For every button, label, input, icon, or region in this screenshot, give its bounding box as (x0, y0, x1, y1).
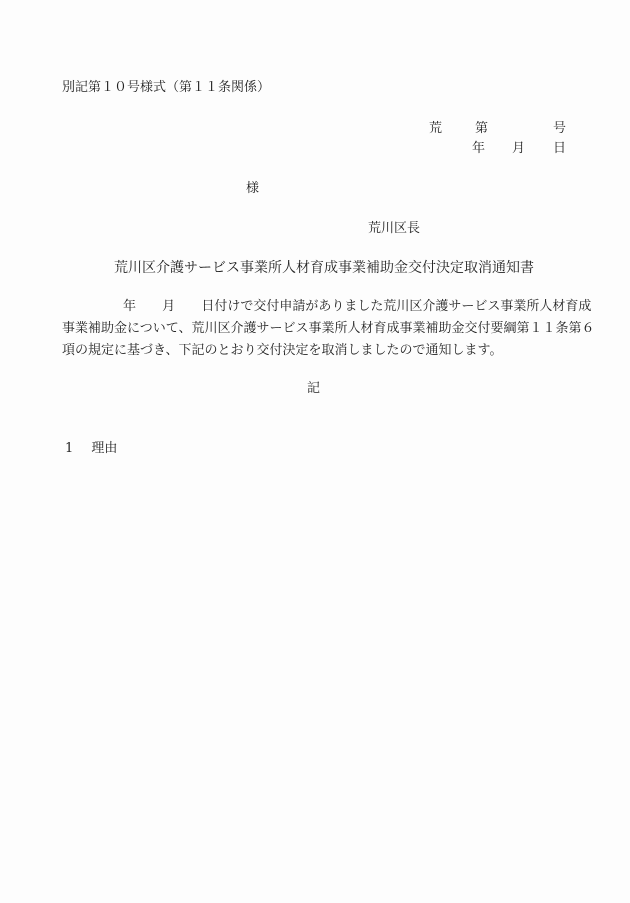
item-label: 理由 (91, 441, 117, 456)
date-day: 日 (553, 141, 566, 157)
ki-heading: 記 (307, 381, 320, 397)
document-title: 荒川区介護サービス事業所人材育成事業補助金交付決定取消通知書 (114, 260, 534, 276)
reference-dai: 第 (475, 121, 488, 137)
body-date-year: 年 (123, 296, 136, 318)
addressee-suffix: 様 (246, 181, 259, 197)
body-line-1: 年 月 日付けで交付申請がありました荒川区介護サービス事業所人材育成 (62, 296, 574, 318)
body-paragraph: 年 月 日付けで交付申請がありました荒川区介護サービス事業所人材育成 事業補助金… (62, 296, 574, 362)
date-year: 年 (472, 141, 485, 157)
issuer: 荒川区長 (368, 221, 420, 237)
item-number: 1 (65, 441, 73, 456)
body-line-3: 項の規定に基づき、下記のとおり交付決定を取消しましたので通知します。 (62, 340, 574, 362)
body-line-1-rest: 日付けで交付申請がありました荒川区介護サービス事業所人材育成 (201, 296, 591, 318)
body-line-2: 事業補助金について、荒川区介護サービス事業所人材育成事業補助金交付要綱第１１条第… (62, 318, 574, 340)
item-1: 1 理由 (65, 441, 117, 457)
reference-go: 号 (553, 121, 566, 137)
reference-prefix: 荒 (429, 121, 442, 137)
date-month: 月 (512, 141, 525, 157)
body-date-month: 月 (162, 296, 175, 318)
form-label: 別記第１０号様式（第１１条関係） (62, 80, 270, 96)
